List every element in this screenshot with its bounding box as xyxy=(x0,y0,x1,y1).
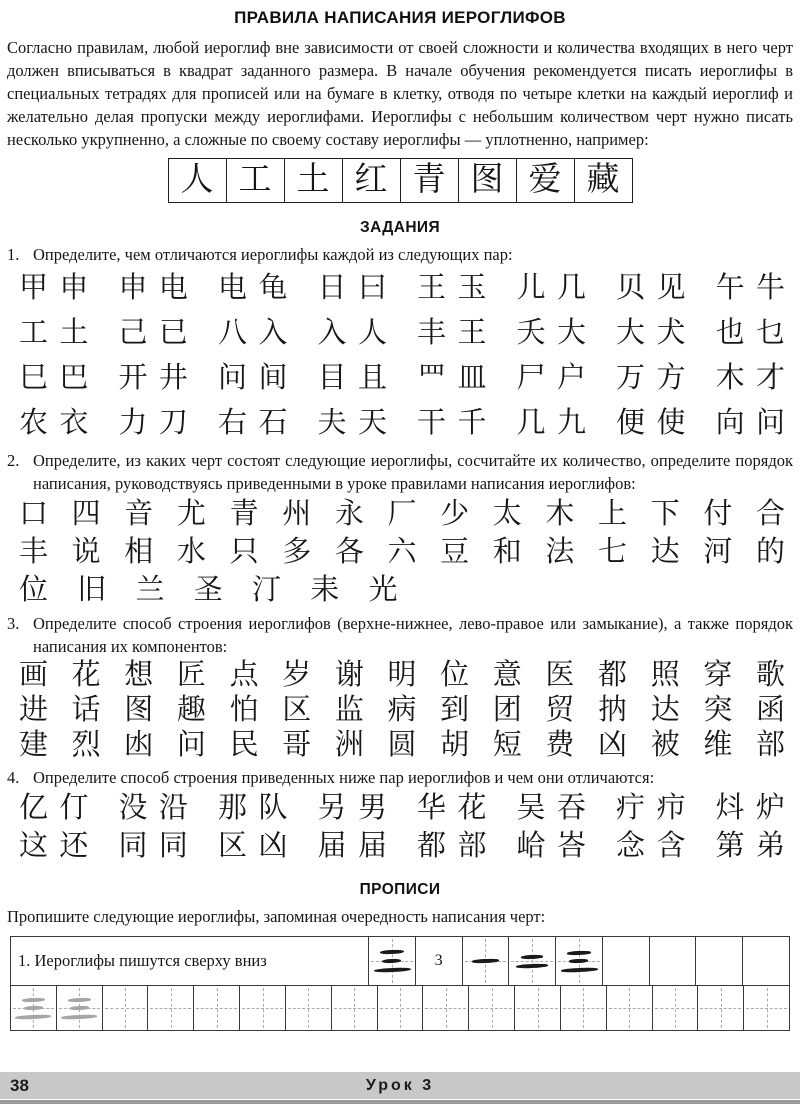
empty-practice-cell xyxy=(148,986,194,1030)
empty-practice-cell xyxy=(194,986,240,1030)
empty-practice-cell xyxy=(240,986,286,1030)
task-2: 2. Определите, из каких черт состоят сле… xyxy=(7,449,793,609)
task-3: 3. Определите способ строения иероглифов… xyxy=(7,612,793,763)
task-number: 3. xyxy=(7,612,33,658)
empty-cell xyxy=(603,937,650,985)
character-pairs-row: 工土 己已 八入 入人 丰王 夭大 大犬 也乜 xyxy=(19,311,785,356)
task-text: Определите способ строения приведенных н… xyxy=(33,766,793,789)
stroke-step-cell xyxy=(463,937,510,985)
characters-row: 画 花 想 匠 点 岁 谢 明 位 意 医 都 照 穿 歌 xyxy=(19,658,785,693)
demo-character-cell xyxy=(369,937,416,985)
example-character: 工 xyxy=(227,159,285,202)
copybook-rule-row: 1. Иероглифы пишутся сверху вниз 3 xyxy=(11,937,789,986)
page-bottom-edge xyxy=(0,1100,800,1104)
task-number: 2. xyxy=(7,449,33,495)
empty-practice-cell xyxy=(607,986,653,1030)
character-pairs-row: 甲申 申电 电龟 日曰 王玉 儿几 贝见 午牛 xyxy=(19,266,785,311)
empty-practice-cell xyxy=(515,986,561,1030)
task-text: Определите, из каких черт состоят следую… xyxy=(33,449,793,495)
task-1: 1. Определите, чем отличаются иероглифы … xyxy=(7,243,793,446)
empty-practice-cell xyxy=(744,986,789,1030)
example-character: 藏 xyxy=(575,159,632,202)
example-characters-row: 人 工 土 红 青 图 爱 藏 xyxy=(0,158,800,203)
empty-cell xyxy=(650,937,697,985)
copybook-instruction: Пропишите следующие иероглифы, запоминая… xyxy=(7,905,793,928)
empty-practice-cell xyxy=(378,986,424,1030)
character-pairs-row: 农衣 力刀 右石 夫天 干千 几九 便使 向问 xyxy=(19,401,785,446)
copybook-heading: ПРОПИСИ xyxy=(0,881,800,899)
task-number: 1. xyxy=(7,243,33,266)
textbook-page: ПРАВИЛА НАПИСАНИЯ ИЕРОГЛИФОВ Согласно пр… xyxy=(0,0,800,1104)
stroke-step-cell xyxy=(556,937,603,985)
copybook-practice-row xyxy=(11,986,789,1030)
trace-character-cell xyxy=(57,986,103,1030)
intro-paragraph: Согласно правилам, любой иероглиф вне за… xyxy=(7,36,793,151)
task-4-statement: 4. Определите способ строения приведенны… xyxy=(7,766,793,789)
rule-label: 1. Иероглифы пишутся сверху вниз xyxy=(11,937,369,985)
example-character: 红 xyxy=(343,159,401,202)
tasks-heading: ЗАДАНИЯ xyxy=(0,219,800,237)
character-pairs-row: 这还 同同 区凶 届届 都部 峆峇 念含 第弟 xyxy=(19,827,785,865)
page-title: ПРАВИЛА НАПИСАНИЯ ИЕРОГЛИФОВ xyxy=(0,8,800,28)
example-characters-box: 人 工 土 红 青 图 爱 藏 xyxy=(168,158,633,203)
empty-practice-cell xyxy=(653,986,699,1030)
task-4: 4. Определите способ строения приведенны… xyxy=(7,766,793,865)
task-number: 4. xyxy=(7,766,33,789)
empty-practice-cell xyxy=(286,986,332,1030)
empty-cell xyxy=(743,937,789,985)
characters-row: 进 话 图 趣 怕 区 监 病 到 团 贸 抐 达 突 函 xyxy=(19,693,785,728)
task-2-statement: 2. Определите, из каких черт состоят сле… xyxy=(7,449,793,495)
empty-practice-cell xyxy=(698,986,744,1030)
footer-bar: 38 Урок 3 xyxy=(0,1072,800,1099)
characters-row: 建 烈 凼 问 民 哥 洲 圆 胡 短 费 凶 被 维 部 xyxy=(19,728,785,763)
example-character: 青 xyxy=(401,159,459,202)
empty-practice-cell xyxy=(561,986,607,1030)
example-character: 土 xyxy=(285,159,343,202)
page-number: 38 xyxy=(10,1076,29,1096)
task-1-statement: 1. Определите, чем отличаются иероглифы … xyxy=(7,243,793,266)
example-character: 人 xyxy=(169,159,227,202)
lesson-label: Урок 3 xyxy=(0,1077,800,1095)
characters-row: 丰 说 相 水 只 多 各 六 豆 和 法 七 达 河 的 xyxy=(19,533,785,571)
task-text: Определите, чем отличаются иероглифы каж… xyxy=(33,243,793,266)
empty-cell xyxy=(696,937,743,985)
task-text: Определите способ строения иероглифов (в… xyxy=(33,612,793,658)
empty-practice-cell xyxy=(469,986,515,1030)
stroke-step-cell xyxy=(509,937,556,985)
characters-row: 口 四 音 尤 青 州 永 厂 少 太 木 上 下 付 合 xyxy=(19,495,785,533)
empty-practice-cell xyxy=(332,986,378,1030)
example-character: 图 xyxy=(459,159,517,202)
trace-character-cell xyxy=(11,986,57,1030)
characters-row: 位 旧 兰 圣 汀 耒 光 xyxy=(19,571,785,609)
empty-practice-cell xyxy=(423,986,469,1030)
character-pairs-row: 亿仃 没沿 那队 另男 华花 吴吞 疔疖 炓炉 xyxy=(19,789,785,827)
task-3-statement: 3. Определите способ строения иероглифов… xyxy=(7,612,793,658)
stroke-count-cell: 3 xyxy=(416,937,463,985)
empty-practice-cell xyxy=(103,986,149,1030)
character-pairs-row: 巳巴 开井 问间 目且 罒皿 尸户 万方 木才 xyxy=(19,356,785,401)
example-character: 爱 xyxy=(517,159,575,202)
copybook-table: 1. Иероглифы пишутся сверху вниз 3 xyxy=(10,936,790,1031)
